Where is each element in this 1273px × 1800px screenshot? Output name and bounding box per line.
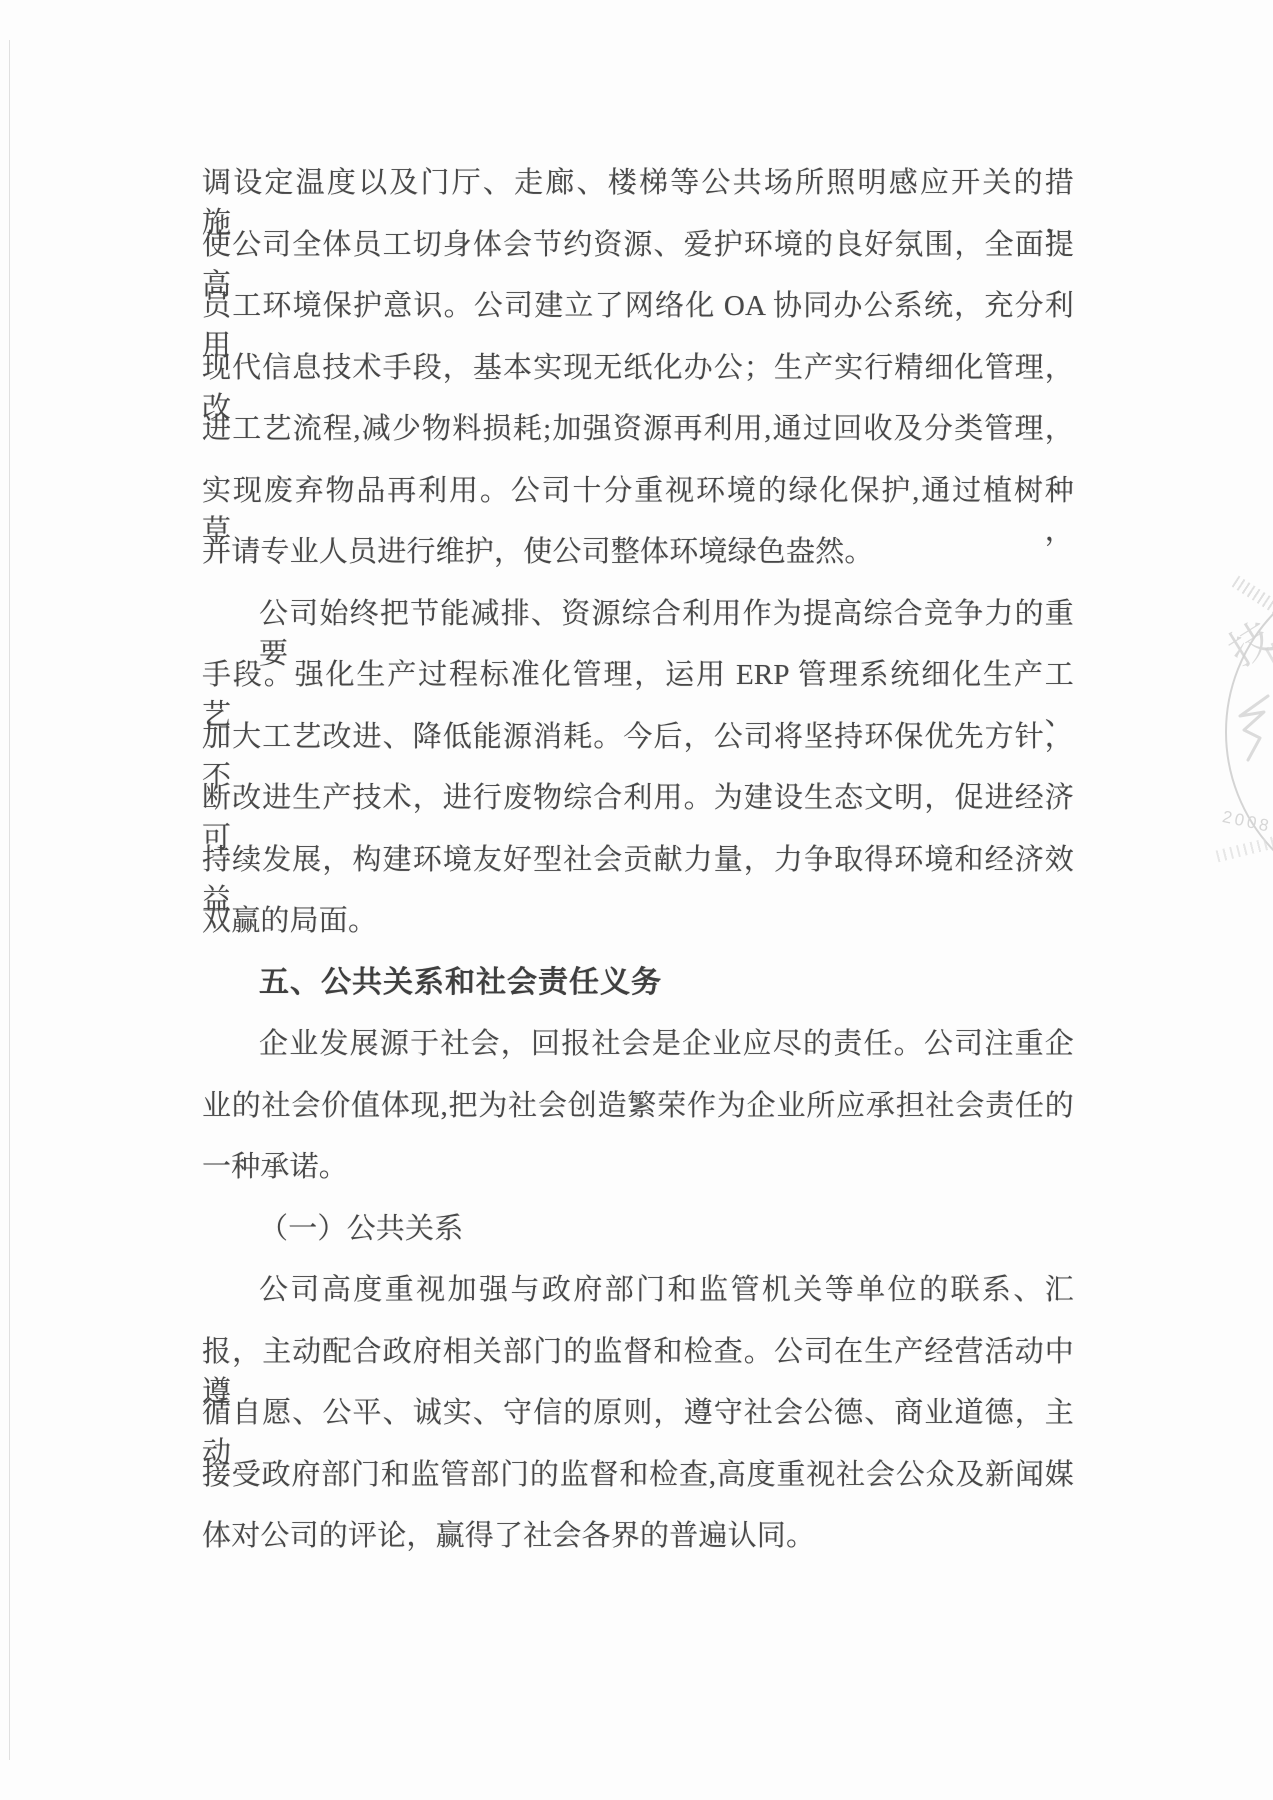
text-line: 公司高度重视加强与政府部门和监管机关等单位的联系、汇 — [259, 1270, 1074, 1310]
text-line: 企业发展源于社会，回报社会是企业应尽的责任。公司注重企 — [259, 1024, 1074, 1064]
text-line: 并请专业人员进行维护，使公司整体环境绿色盎然。 — [202, 532, 1074, 572]
text-line: 接受政府部门和监管部门的监督和检查,高度重视社会公众及新闻媒 — [202, 1455, 1074, 1495]
section-heading: 五、公共关系和社会责任义务 — [259, 963, 1074, 1003]
seal-bird-mark — [1230, 690, 1273, 770]
text-line: （一）公共关系 — [259, 1209, 1074, 1249]
text-line: 业的社会价值体现,把为社会创造繁荣作为企业所应承担社会责任的 — [202, 1086, 1074, 1126]
text-line: 一种承诺。 — [202, 1147, 1074, 1187]
text-line: 体对公司的评论，赢得了社会各界的普遍认同。 — [202, 1516, 1074, 1556]
text-line: 进工艺流程,减少物料损耗;加强资源再利用,通过回收及分类管理， — [202, 409, 1074, 449]
document-page: 调设定温度以及门厅、走廊、楼梯等公共场所照明感应开关的措施，使公司全体员工切身体… — [0, 0, 1273, 1800]
text-line: 双赢的局面。 — [202, 901, 1074, 941]
partial-seal-stamp: 技 版 2008 — [1200, 560, 1273, 920]
seal-hatch-mark-bottom — [1216, 834, 1273, 863]
text-block: 调设定温度以及门厅、走廊、楼梯等公共场所照明感应开关的措施，使公司全体员工切身体… — [0, 0, 1273, 1800]
